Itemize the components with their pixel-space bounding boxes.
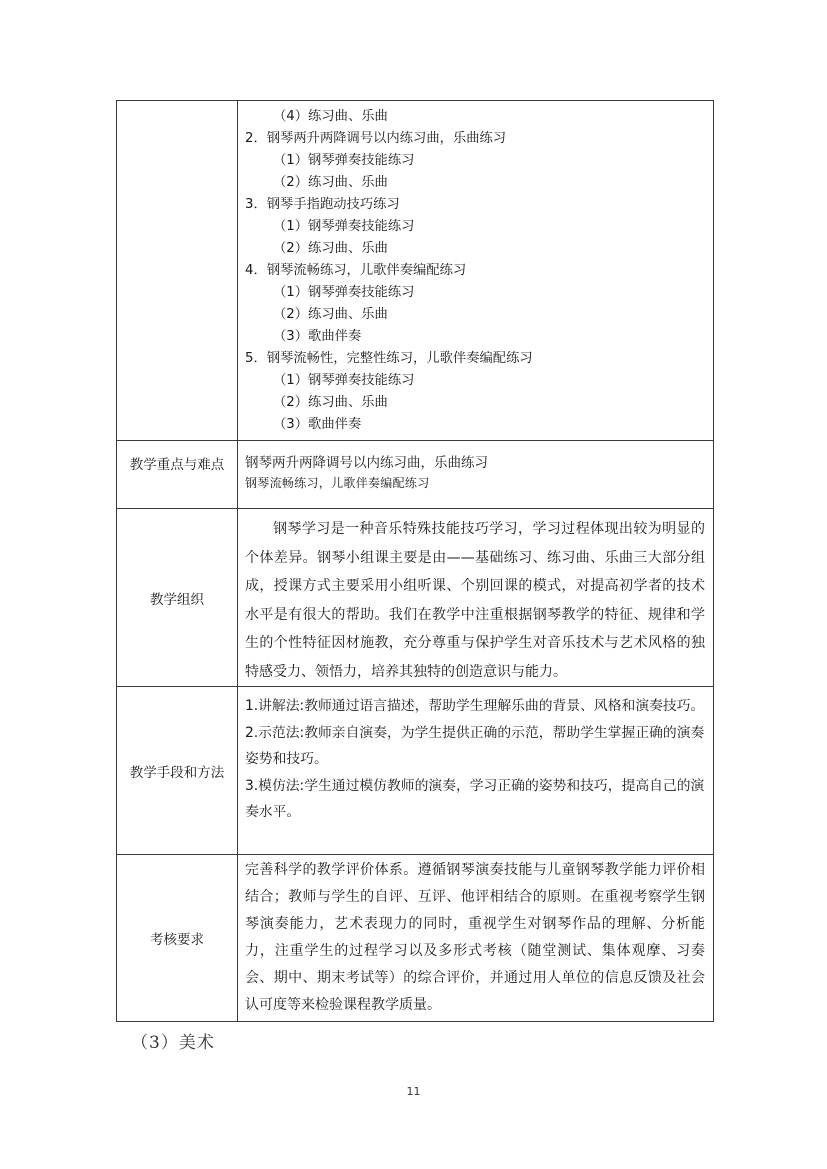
list-item: （2）练习曲、乐曲: [245, 304, 713, 326]
row-label-assessment: 考核要求: [117, 855, 238, 1022]
document-page: （4）练习曲、乐曲 2．钢琴两升两降调号以内练习曲，乐曲练习 （1）钢琴弹奏技能…: [0, 0, 827, 1169]
list-item: 3．钢琴手指跑动技巧练习: [245, 194, 713, 216]
table-row-methods: 教学手段和方法 1.讲解法:教师通过语言描述，帮助学生理解乐曲的背景、风格和演奏…: [117, 687, 714, 855]
method-item: 1.讲解法:教师通过语言描述，帮助学生理解乐曲的背景、风格和演奏技巧。: [245, 693, 705, 720]
practice-list-cell: （4）练习曲、乐曲 2．钢琴两升两降调号以内练习曲，乐曲练习 （1）钢琴弹奏技能…: [238, 101, 714, 441]
assessment-paragraph: 完善科学的教学评价体系。遵循钢琴演奏技能与儿童钢琴教学能力评价相结合；教师与学生…: [238, 855, 713, 1019]
row-label-key-points: 教学重点与难点: [117, 441, 238, 509]
list-item: 2．钢琴两升两降调号以内练习曲，乐曲练习: [245, 128, 713, 150]
section-heading: （3）美术: [131, 1028, 215, 1053]
page-number: 11: [0, 1085, 827, 1098]
list-item: （1）钢琴弹奏技能练习: [245, 370, 713, 392]
row-label-methods: 教学手段和方法: [117, 687, 238, 855]
key-point-line: 钢琴两升两降调号以内练习曲，乐曲练习: [245, 453, 713, 473]
organization-label: 教学组织: [150, 588, 204, 608]
row-label-empty: [117, 101, 238, 441]
key-point-line: 钢琴流畅练习，儿歌伴奏编配练习: [245, 473, 713, 493]
organization-paragraph: 钢琴学习是一种音乐特殊技能技巧学习，学习过程体现出较为明显的个体差异。钢琴小组课…: [238, 509, 713, 686]
method-item: 3.模仿法:学生通过模仿教师的演奏，学习正确的姿势和技巧，提高自己的演奏水平。: [245, 773, 705, 826]
list-item: （3）歌曲伴奏: [245, 326, 713, 348]
table-row-key-points: 教学重点与难点 钢琴两升两降调号以内练习曲，乐曲练习 钢琴流畅练习，儿歌伴奏编配…: [117, 441, 714, 509]
table-row-practice-list: （4）练习曲、乐曲 2．钢琴两升两降调号以内练习曲，乐曲练习 （1）钢琴弹奏技能…: [117, 101, 714, 441]
methods-cell: 1.讲解法:教师通过语言描述，帮助学生理解乐曲的背景、风格和演奏技巧。 2.示范…: [238, 687, 714, 855]
row-label-organization: 教学组织: [117, 509, 238, 687]
list-item: （2）练习曲、乐曲: [245, 392, 713, 414]
method-item: 2.示范法:教师亲自演奏，为学生提供正确的示范，帮助学生掌握正确的演奏姿势和技巧…: [245, 720, 705, 773]
table-row-assessment: 考核要求 完善科学的教学评价体系。遵循钢琴演奏技能与儿童钢琴教学能力评价相结合；…: [117, 855, 714, 1022]
list-item: （3）歌曲伴奏: [245, 414, 713, 436]
course-table: （4）练习曲、乐曲 2．钢琴两升两降调号以内练习曲，乐曲练习 （1）钢琴弹奏技能…: [116, 100, 714, 1022]
list-item: （1）钢琴弹奏技能练习: [245, 150, 713, 172]
key-points-cell: 钢琴两升两降调号以内练习曲，乐曲练习 钢琴流畅练习，儿歌伴奏编配练习: [238, 441, 714, 509]
list-item: （2）练习曲、乐曲: [245, 238, 713, 260]
assessment-cell: 完善科学的教学评价体系。遵循钢琴演奏技能与儿童钢琴教学能力评价相结合；教师与学生…: [238, 855, 714, 1022]
methods-label: 教学手段和方法: [130, 761, 225, 781]
list-item: （4）练习曲、乐曲: [245, 106, 713, 128]
assessment-label: 考核要求: [150, 928, 204, 948]
list-item: （1）钢琴弹奏技能练习: [245, 282, 713, 304]
key-points-label: 教学重点与难点: [117, 441, 237, 473]
table-row-organization: 教学组织 钢琴学习是一种音乐特殊技能技巧学习，学习过程体现出较为明显的个体差异。…: [117, 509, 714, 687]
list-item: （2）练习曲、乐曲: [245, 172, 713, 194]
organization-cell: 钢琴学习是一种音乐特殊技能技巧学习，学习过程体现出较为明显的个体差异。钢琴小组课…: [238, 509, 714, 687]
list-item: 4．钢琴流畅练习，儿歌伴奏编配练习: [245, 260, 713, 282]
list-item: 5．钢琴流畅性，完整性练习，儿歌伴奏编配练习: [245, 348, 713, 370]
list-item: （1）钢琴弹奏技能练习: [245, 216, 713, 238]
